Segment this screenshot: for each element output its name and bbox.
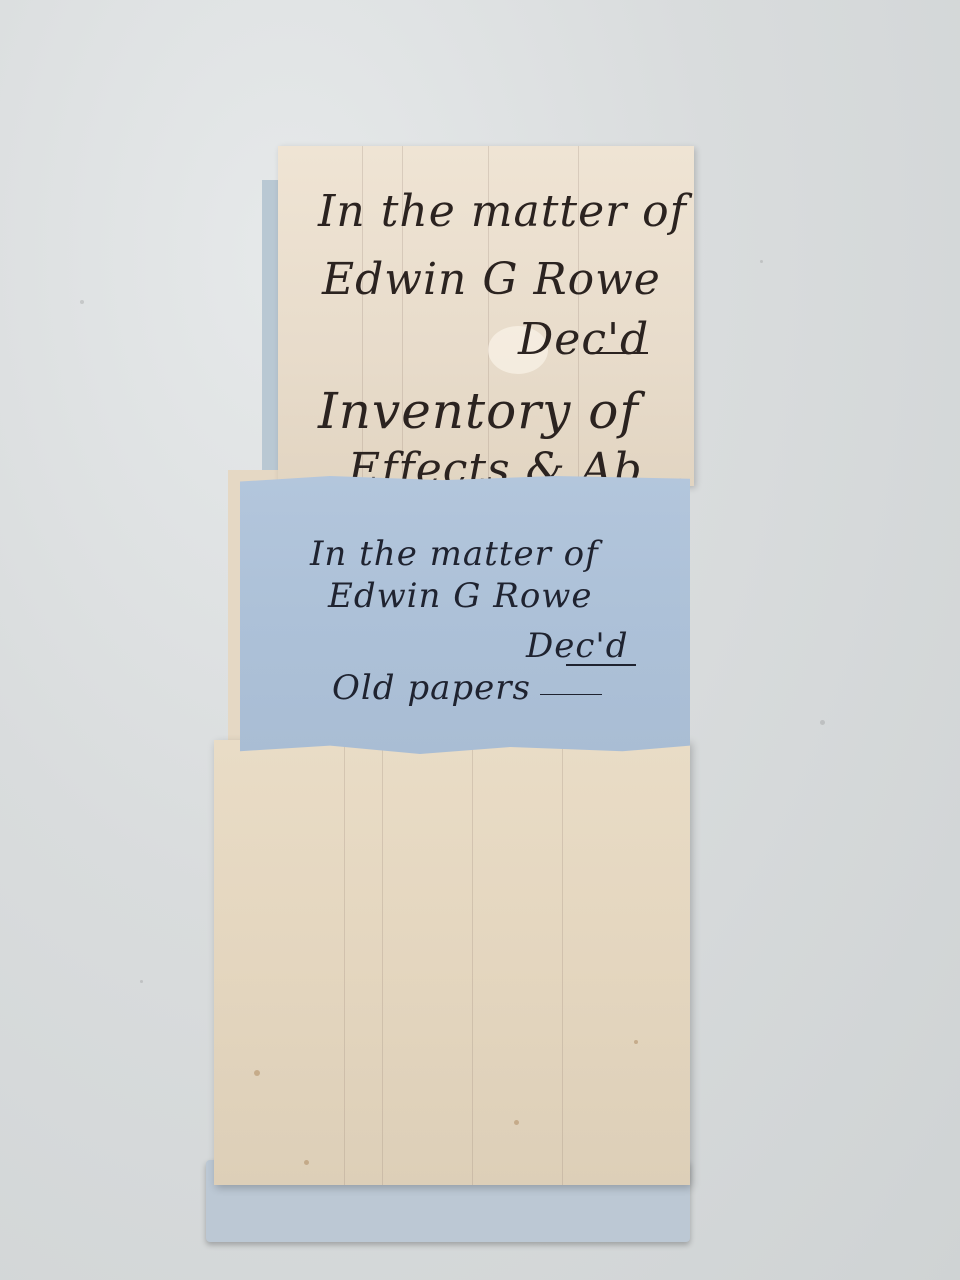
band-line-4: Old papers — [332, 668, 531, 708]
cover-underline — [588, 352, 648, 354]
ruled-line — [472, 740, 473, 1185]
surface-speck — [80, 300, 84, 304]
cover-line-4: Inventory of — [318, 382, 639, 440]
ruled-line — [382, 740, 383, 1185]
foxing-spot — [254, 1070, 260, 1076]
foxing-spot — [634, 1040, 638, 1044]
foxing-spot — [514, 1120, 519, 1125]
band-line-3: Dec'd — [526, 626, 629, 666]
band-underline — [566, 664, 636, 666]
cover-line-3: Dec'd — [518, 314, 649, 365]
foxing-spot — [304, 1160, 309, 1165]
surface-speck — [820, 720, 825, 725]
document-cover-top: In the matter of Edwin G Rowe Dec'd Inve… — [278, 146, 694, 486]
cover-line-1: In the matter of — [318, 186, 687, 237]
band-line-1: In the matter of — [310, 534, 599, 574]
document-bundle: In the matter of Edwin G Rowe Dec'd Inve… — [0, 0, 960, 1280]
band-dash — [540, 694, 602, 695]
cover-line-2: Edwin G Rowe — [322, 254, 661, 305]
ruled-line — [344, 740, 345, 1185]
document-cover-bottom — [214, 740, 690, 1185]
surface-speck — [140, 980, 143, 983]
band-line-2: Edwin G Rowe — [328, 576, 593, 616]
ruled-line — [562, 740, 563, 1185]
blue-paper-band: In the matter of Edwin G Rowe Dec'd Old … — [240, 476, 690, 754]
surface-speck — [760, 260, 763, 263]
